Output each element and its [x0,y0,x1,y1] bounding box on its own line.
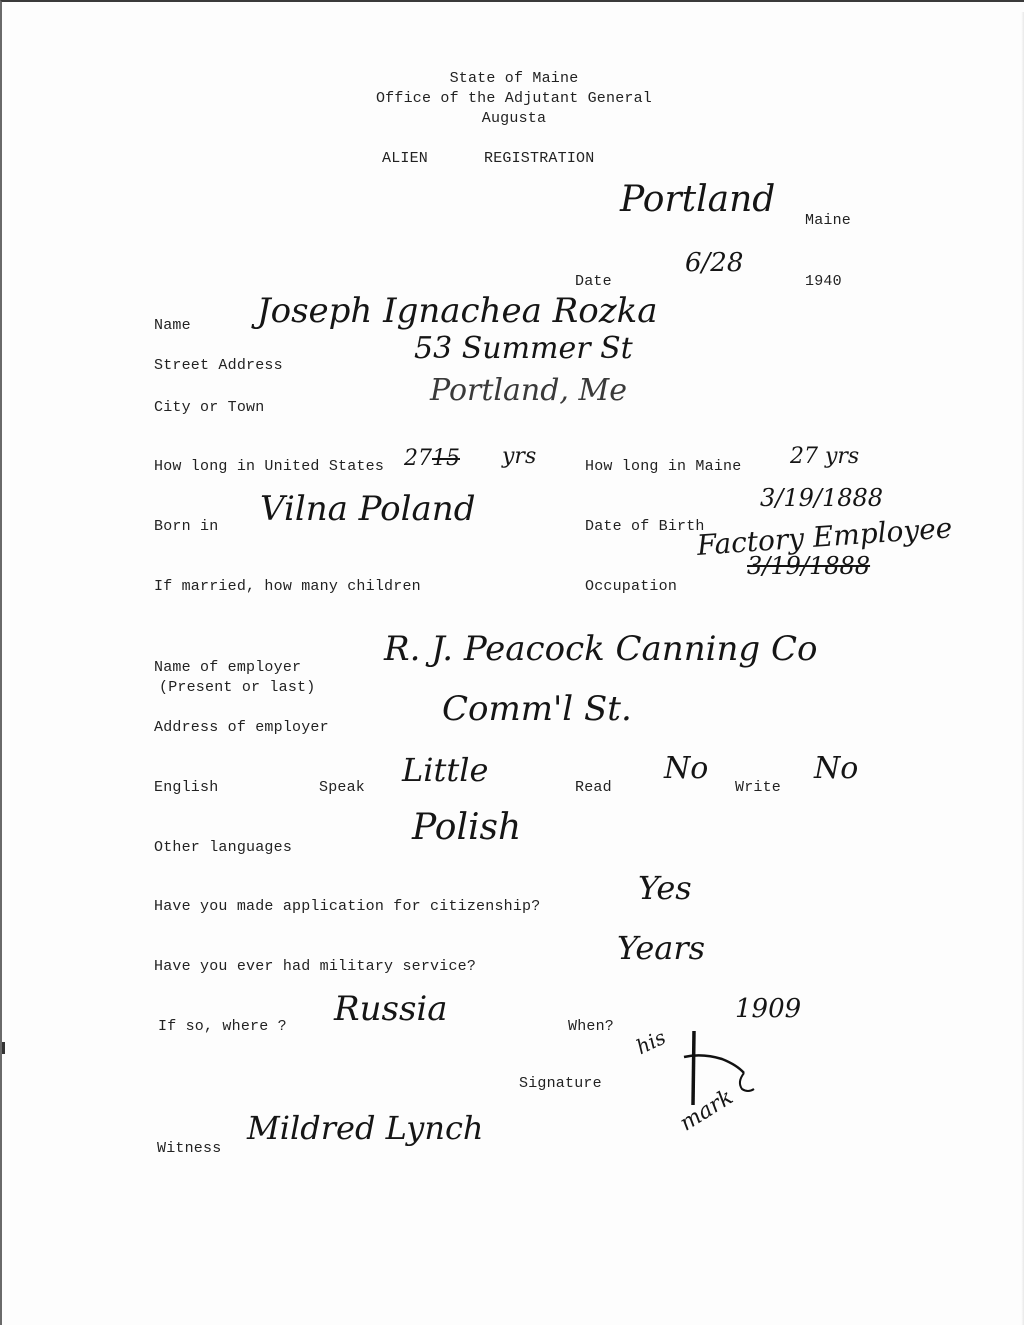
street-address-label: Street Address [154,357,283,375]
witness-value: Mildred Lynch [247,1112,484,1144]
place-suffix: Maine [805,212,851,230]
street-address-value: 53 Summer St [414,334,633,364]
header-city: Augusta [314,110,714,128]
form-title-registration: REGISTRATION [484,150,594,168]
military-dotted-line [512,954,907,972]
read-label: Read [575,779,612,797]
city-value: Portland, Me [430,376,627,406]
name-label: Name [154,317,191,335]
how-long-us-label: How long in United States [154,458,384,476]
date-label: Date [575,273,612,291]
how-long-us-value: 27 [404,448,432,470]
date-of-birth-value: 3/19/1888 [760,486,883,510]
employer-name-value: R. J. Peacock Canning Co [384,632,817,666]
occupation-label: Occupation [585,578,677,596]
witness-label: Witness [157,1140,221,1158]
speak-value: Little [402,754,488,786]
read-value: No [664,754,708,784]
born-in-label: Born in [154,518,218,536]
place-value: Portland [620,182,775,218]
citizenship-label: Have you made application for citizenshi… [154,898,540,916]
english-dotted-line [238,775,320,793]
where-label: If so, where ? [158,1018,287,1036]
date-of-birth-label: Date of Birth [585,518,705,536]
born-in-value: Vilna Poland [260,492,475,526]
other-languages-value: Polish [412,810,521,846]
english-label: English [154,779,218,797]
header-state: State of Maine [314,70,714,88]
children-label: If married, how many children [154,578,421,596]
military-label: Have you ever had military service? [154,958,476,976]
when-label: When? [568,1018,614,1036]
header-office: Office of the Adjutant General [314,90,714,108]
name-value: Joseph Ignachea Rozka [257,294,658,328]
employer-address-label: Address of employer [154,719,329,737]
employer-name-sublabel: (Present or last) [159,679,315,697]
how-long-us-dotted-line [460,454,570,472]
how-long-us-struck: 15 [432,448,460,470]
citizenship-value: Yes [638,872,692,904]
how-long-maine-value: 27 yrs [790,446,859,468]
registration-form-page: State of Maine Office of the Adjutant Ge… [0,0,1024,1325]
when-value: 1909 [735,996,801,1022]
form-title-alien: ALIEN [382,150,428,168]
city-label: City or Town [154,399,264,417]
where-value: Russia [334,992,448,1026]
military-value: Years [617,932,705,964]
speak-label: Speak [319,779,365,797]
date-value: 6/28 [685,250,743,276]
employer-address-dotted-line [358,715,907,733]
other-languages-label: Other languages [154,839,292,857]
signature-dotted-line [620,1071,907,1089]
write-value: No [814,754,858,784]
write-label: Write [735,779,781,797]
how-long-maine-label: How long in Maine [585,458,741,476]
signature-label: Signature [519,1075,602,1093]
citizenship-dotted-line [588,894,907,912]
employer-name-label: Name of employer [154,659,301,677]
employer-address-value: Comm'l St. [442,692,632,726]
other-languages-dotted-line [316,835,907,853]
scan-artifact [2,1042,5,1054]
date-year: 1940 [805,273,842,291]
children-dotted-line [455,574,580,592]
occupation-struck-value: 3/19/1888 [747,554,870,578]
